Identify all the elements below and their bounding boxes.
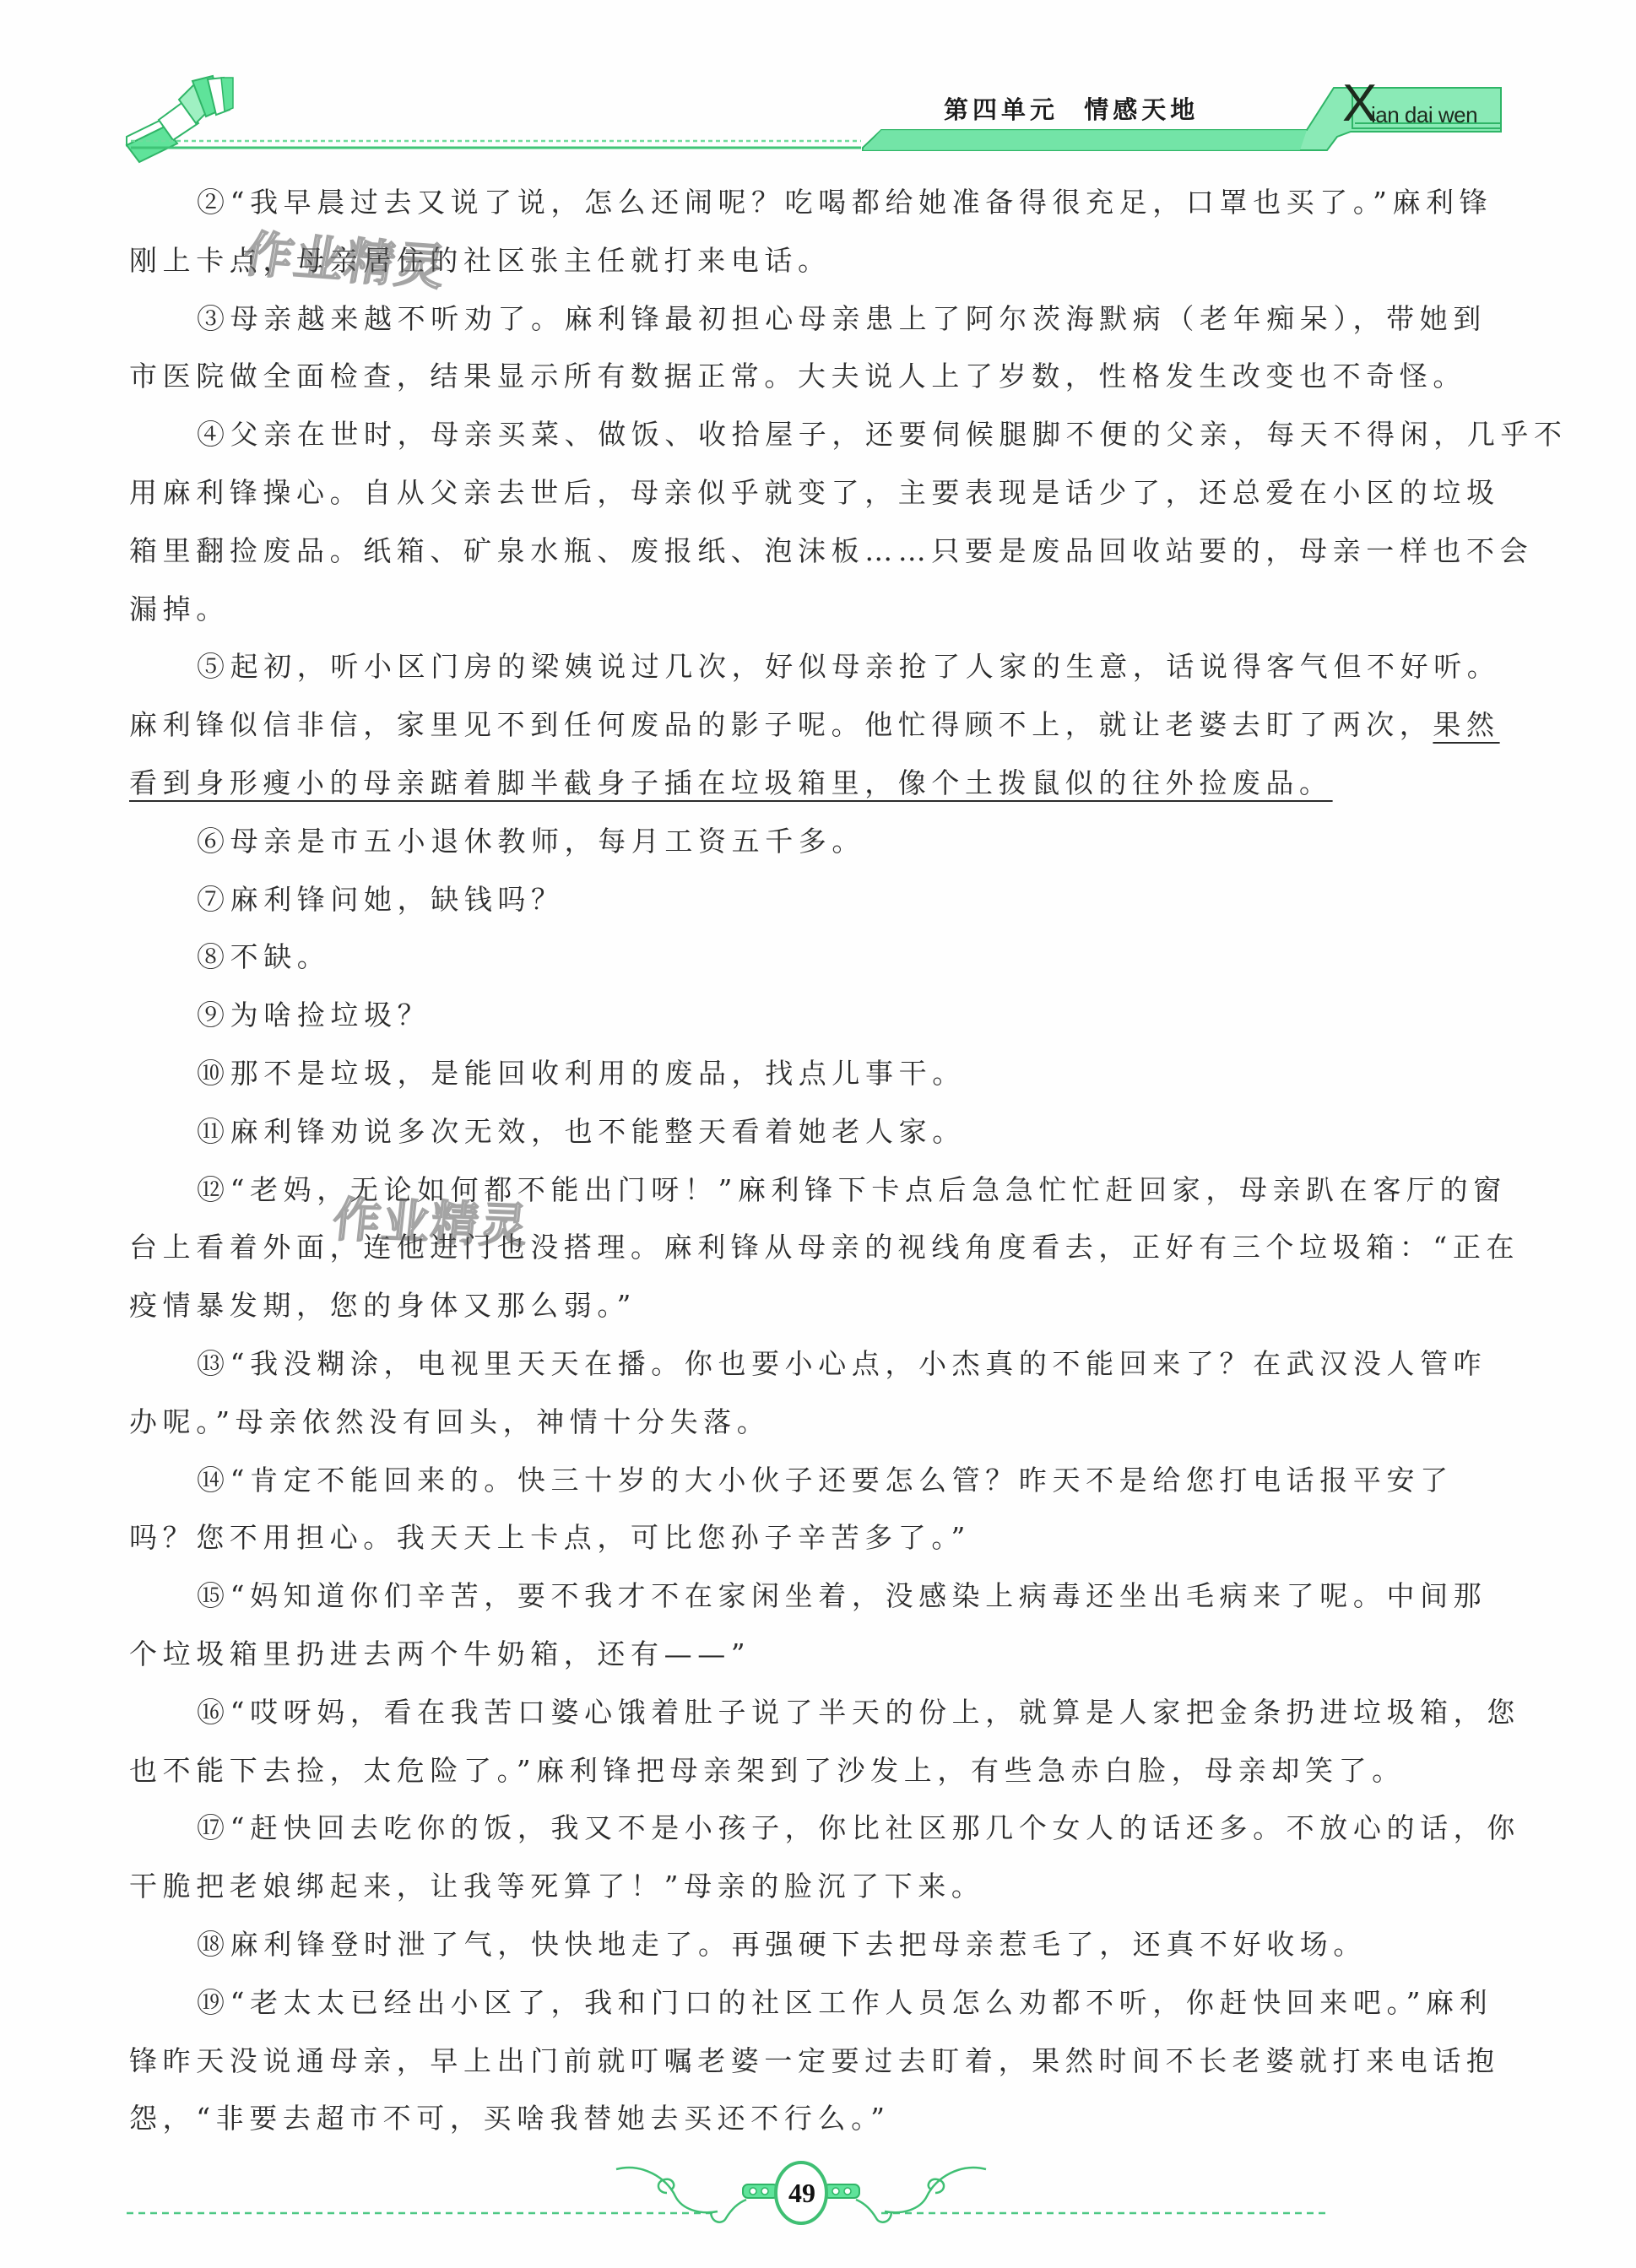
text-line: ⑲“老太太已经出小区了，我和门口的社区工作人员怎么劝都不听，你赶快回来吧。”麻利 [129, 1974, 1488, 2033]
text-line: 办呢。”母亲依然没有回头，神情十分失落。 [129, 1394, 1488, 1452]
paragraph-16: ⑯“哎呀妈，看在我苦口婆心饿着肚子说了半天的份上，就算是人家把金条扔进垃圾箱，您… [129, 1684, 1488, 1800]
text-line: 也不能下去捡，太危险了。”麻利锋把母亲架到了沙发上，有些急赤白脸，母亲却笑了。 [129, 1742, 1488, 1800]
text-line: 个垃圾箱里扔进去两个牛奶箱，还有——” [129, 1626, 1488, 1684]
paragraph-11: ⑪麻利锋劝说多次无效，也不能整天看着她老人家。 [129, 1103, 1488, 1161]
text-line: 漏掉。 [129, 581, 1488, 639]
paragraph-13: ⑬“我没糊涂，电视里天天在播。你也要小心点，小杰真的不能回来了？在武汉没人管咋 … [129, 1335, 1488, 1452]
text-line: ⑨为啥捡垃圾？ [129, 987, 1488, 1045]
text-line: ⑦麻利锋问她，缺钱吗？ [129, 871, 1488, 929]
underlined-text: 看到身形瘦小的母亲踮着脚半截身子插在垃圾箱里，像个土拨鼠似的往外捡废品。 [129, 766, 1333, 799]
text-line: 锋昨天没说通母亲，早上出门前就叮嘱老婆一定要过去盯着，果然时间不长老婆就打来电话… [129, 2033, 1488, 2091]
text-line: 麻利锋似信非信，家里见不到任何废品的影子呢。他忙得顾不上，就让老婆去盯了两次，果… [129, 696, 1488, 755]
stacked-books-icon [127, 76, 233, 162]
page-number: 49 [777, 2178, 827, 2209]
text-span: 麻利锋似信非信，家里见不到任何废品的影子呢。他忙得顾不上，就让老婆去盯了两次， [129, 708, 1433, 741]
text-line: ⑬“我没糊涂，电视里天天在播。你也要小心点，小杰真的不能回来了？在武汉没人管咋 [129, 1335, 1488, 1394]
text-line: 台上看着外面，连他进门也没搭理。麻利锋从母亲的视线角度看去，正好有三个垃圾箱：“… [129, 1219, 1488, 1277]
text-line: ⑱麻利锋登时泄了气，快快地走了。再强硬下去把母亲惹毛了，还真不好收场。 [129, 1916, 1488, 1974]
paragraph-4: ④父亲在世时，母亲买菜、做饭、收拾屋子，还要伺候腿脚不便的父亲，每天不得闲，几乎… [129, 406, 1488, 638]
paragraph-17: ⑰“赶快回去吃你的饭，我又不是小孩子，你比社区那几个女人的话还多。不放心的话，你… [129, 1800, 1488, 1916]
paragraph-12: ⑫“老妈，无论如何都不能出门呀！”麻利锋下卡点后急急忙忙赶回家，母亲趴在客厅的窗… [129, 1161, 1488, 1335]
text-line: 市医院做全面检查，结果显示所有数据正常。大夫说人上了岁数，性格发生改变也不奇怪。 [129, 348, 1488, 406]
text-line: 疫情暴发期，您的身体又那么弱。” [129, 1277, 1488, 1335]
paragraph-3: ③母亲越来越不听劝了。麻利锋最初担心母亲患上了阿尔茨海默病（老年痴呆），带她到 … [129, 290, 1488, 407]
underlined-text: 果然 [1433, 708, 1499, 741]
text-line: 看到身形瘦小的母亲踮着脚半截身子插在垃圾箱里，像个土拨鼠似的往外捡废品。 [129, 755, 1488, 813]
text-line: 怨，“非要去超市不可，买啥我替她去买还不行么。” [129, 2090, 1488, 2148]
paragraph-15: ⑮“妈知道你们辛苦，要不我才不在家闲坐着，没感染上病毒还坐出毛病来了呢。中间那 … [129, 1567, 1488, 1684]
text-line: ⑮“妈知道你们辛苦，要不我才不在家闲坐着，没感染上病毒还坐出毛病来了呢。中间那 [129, 1567, 1488, 1626]
text-line: 吗？您不用担心。我天天上卡点，可比您孙子辛苦多了。” [129, 1509, 1488, 1567]
page-header: 第四单元 情感天地 X ian dai wen [0, 0, 1636, 169]
text-line: ②“我早晨过去又说了说，怎么还闹呢？吃喝都给她准备得很充足，口罩也买了。”麻利锋 [129, 174, 1488, 232]
paragraph-7: ⑦麻利锋问她，缺钱吗？ [129, 871, 1488, 929]
text-line: ⑰“赶快回去吃你的饭，我又不是小孩子，你比社区那几个女人的话还多。不放心的话，你 [129, 1800, 1488, 1858]
text-line: 用麻利锋操心。自从父亲去世后，母亲似乎就变了，主要表现是话少了，还总爱在小区的垃… [129, 464, 1488, 522]
document-page: 第四单元 情感天地 X ian dai wen ②“我早晨过去又说了说，怎么还闹… [0, 0, 1636, 2268]
paragraph-10: ⑩那不是垃圾，是能回收利用的废品，找点儿事干。 [129, 1045, 1488, 1103]
paragraph-5: ⑤起初，听小区门房的梁姨说过几次，好似母亲抢了人家的生意，话说得客气但不好听。 … [129, 638, 1488, 812]
text-line: ⑩那不是垃圾，是能回收利用的废品，找点儿事干。 [129, 1045, 1488, 1103]
paragraph-14: ⑭“肯定不能回来的。快三十岁的大小伙子还要怎么管？昨天不是给您打电话报平安了 吗… [129, 1452, 1488, 1568]
paragraph-9: ⑨为啥捡垃圾？ [129, 987, 1488, 1045]
text-line: ⑥母亲是市五小退休教师，每月工资五千多。 [129, 813, 1488, 871]
text-line: 刚上卡点，母亲居住的社区张主任就打来电话。 [129, 232, 1488, 290]
text-line: ⑫“老妈，无论如何都不能出门呀！”麻利锋下卡点后急急忙忙赶回家，母亲趴在客厅的窗 [129, 1161, 1488, 1220]
text-line: ⑯“哎呀妈，看在我苦口婆心饿着肚子说了半天的份上，就算是人家把金条扔进垃圾箱，您 [129, 1684, 1488, 1742]
paragraph-6: ⑥母亲是市五小退休教师，每月工资五千多。 [129, 813, 1488, 871]
unit-title: 第四单元 情感天地 [944, 91, 1199, 126]
text-line: ⑤起初，听小区门房的梁姨说过几次，好似母亲抢了人家的生意，话说得客气但不好听。 [129, 638, 1488, 696]
text-line: 干脆把老娘绑起来，让我等死算了！”母亲的脸沉了下来。 [129, 1858, 1488, 1916]
paragraph-2: ②“我早晨过去又说了说，怎么还闹呢？吃喝都给她准备得很充足，口罩也买了。”麻利锋… [129, 174, 1488, 290]
paragraph-8: ⑧不缺。 [129, 928, 1488, 987]
brand-label: ian dai wen [1371, 102, 1477, 128]
page-footer: 49 [0, 2144, 1636, 2245]
header-banner [0, 0, 1636, 169]
text-line: ⑧不缺。 [129, 928, 1488, 987]
paragraph-19: ⑲“老太太已经出小区了，我和门口的社区工作人员怎么劝都不听，你赶快回来吧。”麻利… [129, 1974, 1488, 2148]
text-line: ⑪麻利锋劝说多次无效，也不能整天看着她老人家。 [129, 1103, 1488, 1161]
article-body: ②“我早晨过去又说了说，怎么还闹呢？吃喝都给她准备得很充足，口罩也买了。”麻利锋… [129, 174, 1488, 2148]
text-line: ④父亲在世时，母亲买菜、做饭、收拾屋子，还要伺候腿脚不便的父亲，每天不得闲，几乎… [129, 406, 1488, 464]
paragraph-18: ⑱麻利锋登时泄了气，快快地走了。再强硬下去把母亲惹毛了，还真不好收场。 [129, 1916, 1488, 1974]
text-line: ⑭“肯定不能回来的。快三十岁的大小伙子还要怎么管？昨天不是给您打电话报平安了 [129, 1452, 1488, 1510]
text-line: ③母亲越来越不听劝了。麻利锋最初担心母亲患上了阿尔茨海默病（老年痴呆），带她到 [129, 290, 1488, 349]
text-line: 箱里翻捡废品。纸箱、矿泉水瓶、废报纸、泡沫板……只要是废品回收站要的，母亲一样也… [129, 522, 1488, 581]
